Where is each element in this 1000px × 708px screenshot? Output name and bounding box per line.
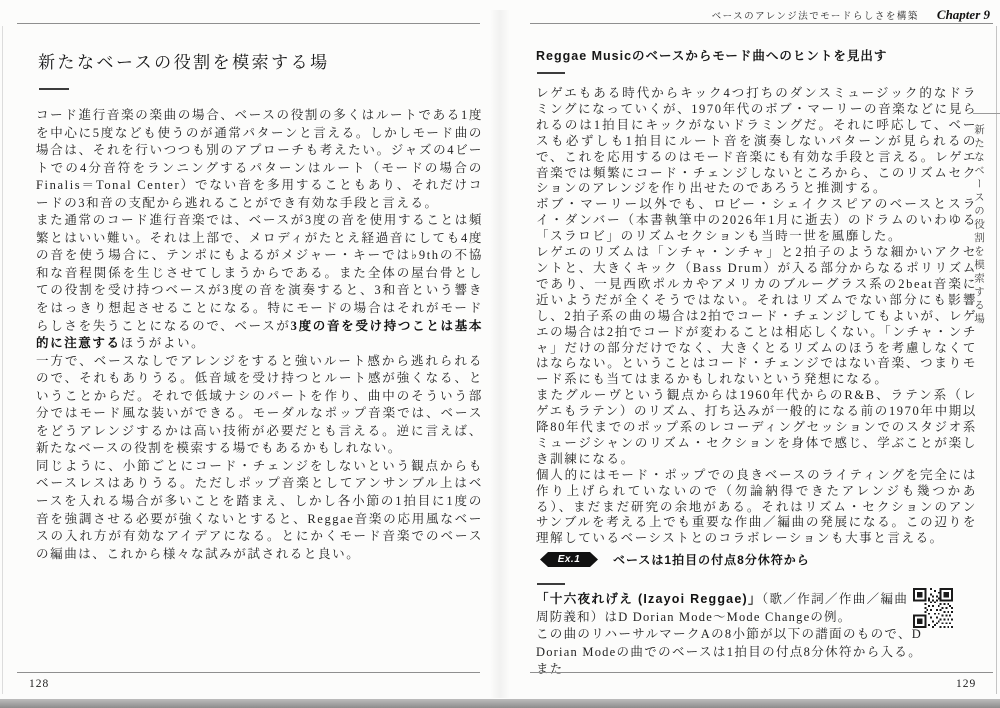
page-gutter xyxy=(490,10,510,698)
paragraph: ボブ・マーリー以外でも、ロビー・シェイクスピアのベースとスライ・ダンバー（本書執… xyxy=(536,197,977,245)
song-title: 「十六夜れげえ (Izayoi Reggae)」 xyxy=(536,592,762,606)
book-spread: ベースのアレンジ法でモードらしさを構築 Chapter 9 新たなベースの役割を… xyxy=(0,0,1000,708)
paragraph: 同じように、小節ごとにコード・チェンジをしないという観点からもベースレスはありう… xyxy=(36,458,483,563)
paragraph: この曲のリハーサルマークAの8小節が以下の譜面のもので、D Dorian Mod… xyxy=(536,626,922,679)
page-number-right: 129 xyxy=(956,678,976,690)
paragraph: レゲエのリズムは「ンチャ・ンチャ」と2拍子のような細かいアクセントと、大きくキッ… xyxy=(536,245,977,388)
paragraph: レゲエもある時代からキック4つ打ちのダンスミュージック的なドラミングになっていく… xyxy=(536,86,977,197)
running-head: ベースのアレンジ法でモードらしさを構築 Chapter 9 xyxy=(530,7,990,23)
example-underline xyxy=(537,583,565,585)
running-title: ベースのアレンジ法でモードらしさを構築 xyxy=(712,8,919,22)
example-text: 「十六夜れげえ (Izayoi Reggae)」（歌／作詞／作曲／編曲：周防義和… xyxy=(536,591,922,679)
qr-code-icon xyxy=(913,588,953,628)
example-caption: ベースは1拍目の付点8分休符から xyxy=(613,551,810,568)
paragraph: コード進行音楽の楽曲の場合、ベースの役割の多くはルートである1度を中心に5度など… xyxy=(36,107,483,212)
paragraph-text: ほうがよい。 xyxy=(121,336,206,350)
left-title-underline xyxy=(39,88,69,90)
right-section-underline xyxy=(537,72,565,74)
paragraph-text: また通常のコード進行音楽では、ベースが3度の音を使用することは頻繁とはいい難い。… xyxy=(36,213,483,332)
example-badge: Ex.1 xyxy=(540,552,598,567)
right-page-body: レゲエもある時代からキック4つ打ちのダンスミュージック的なドラミングになっていく… xyxy=(536,86,977,547)
left-page-body: コード進行音楽の楽曲の場合、ベースの役割の多くはルートである1度を中心に5度など… xyxy=(36,107,483,563)
side-tab-rule xyxy=(973,113,1000,114)
example-header: Ex.1 ベースは1拍目の付点8分休符から xyxy=(540,551,810,568)
right-foot-rule xyxy=(530,672,993,673)
left-page-edge xyxy=(2,26,3,694)
page-number-left: 128 xyxy=(29,678,49,690)
left-head-rule xyxy=(17,23,480,24)
chapter-label: Chapter 9 xyxy=(937,7,990,23)
paragraph: 「十六夜れげえ (Izayoi Reggae)」（歌／作詞／作曲／編曲：周防義和… xyxy=(536,591,922,626)
left-foot-rule xyxy=(17,672,480,673)
paragraph: 個人的にはモード・ポップでの良きベースのライティングを完全には作り上げられていな… xyxy=(536,468,977,548)
right-page-edge xyxy=(996,26,997,694)
left-page-title: 新たなベースの役割を模索する場 xyxy=(38,48,330,73)
side-tab-label: 新たなベースの役割を模索する場 xyxy=(971,124,986,354)
paragraph: またグルーヴという観点からは1960年代からのR&B、ラテン系（レゲエもラテン）… xyxy=(536,388,977,468)
paragraph: また通常のコード進行音楽では、ベースが3度の音を使用することは頻繁とはいい難い。… xyxy=(36,212,483,352)
right-head-rule xyxy=(530,23,993,24)
right-section-title: Reggae Musicのベースからモード曲へのヒントを見出す xyxy=(536,46,887,64)
paragraph: 一方で、ベースなしでアレンジをすると強いルート感から逃れられるので、それもありう… xyxy=(36,353,483,458)
book-bottom-edge xyxy=(0,699,1000,708)
